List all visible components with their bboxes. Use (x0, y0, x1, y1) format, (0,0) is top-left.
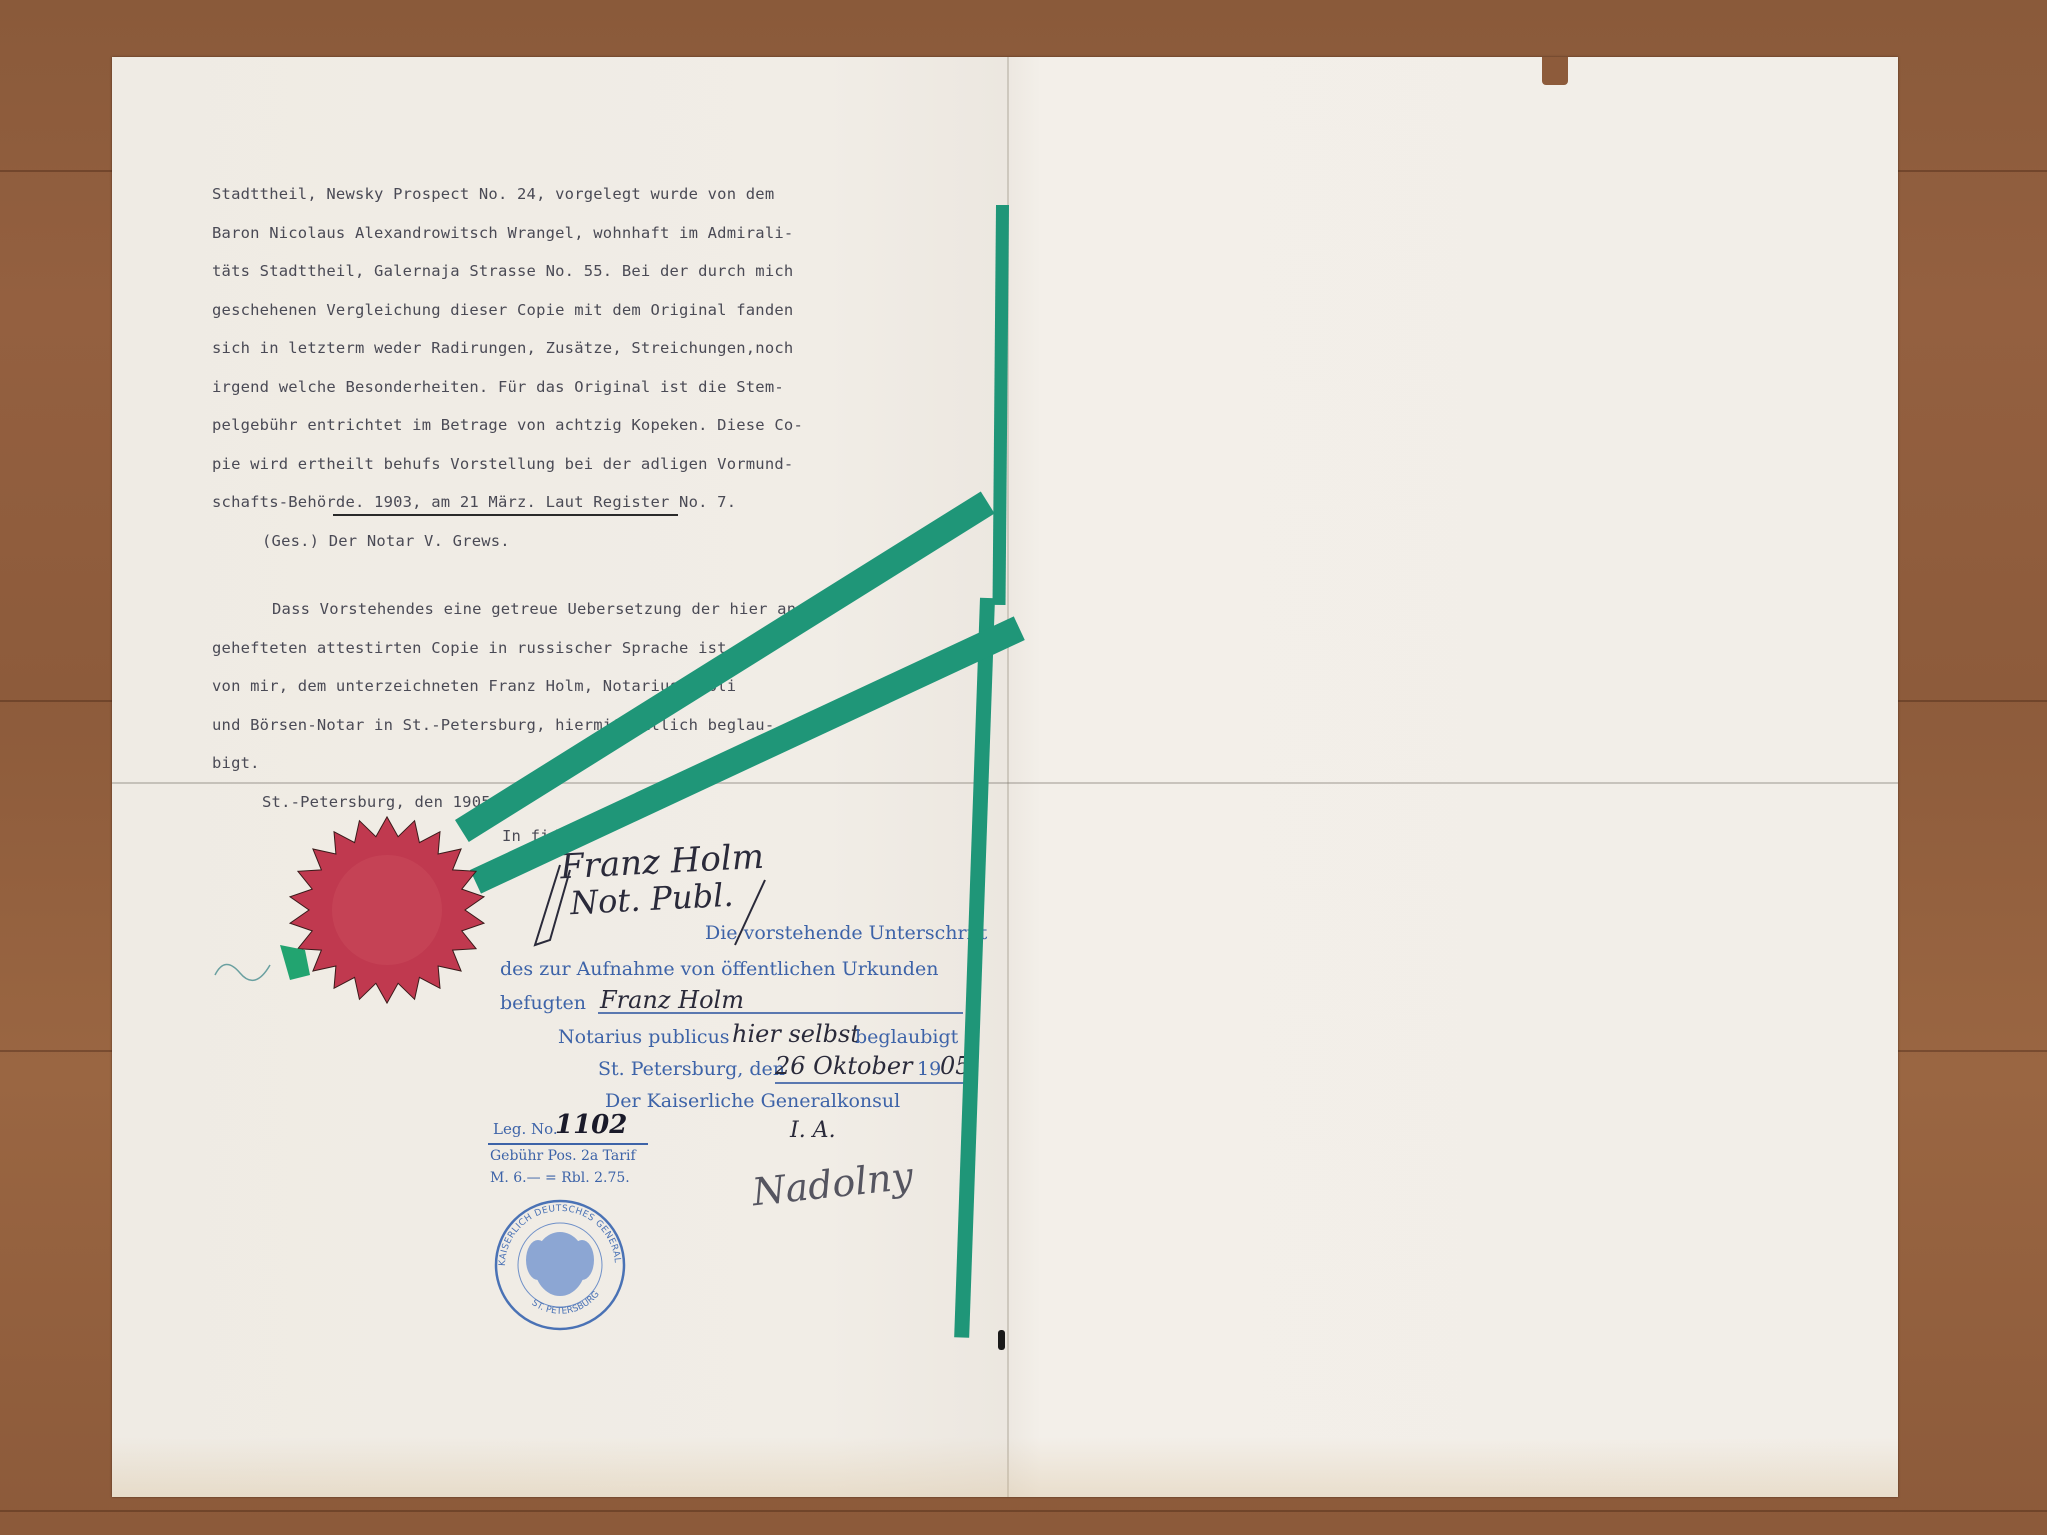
paper-tear (1542, 57, 1568, 85)
water-stain (112, 1437, 1898, 1497)
consul-initials: I. A. (790, 1118, 836, 1143)
typed-line: pie wird ertheilt behufs Vorstellung bei… (212, 445, 992, 484)
typed-line: pelgebühr entrichtet im Betrage von acht… (212, 406, 992, 445)
typed-line: täts Stadttheil, Galernaja Strasse No. 5… (212, 252, 992, 291)
handwritten-notary-name: Franz Holm (600, 986, 744, 1014)
imperial-eagle-icon (526, 1232, 594, 1296)
fee-line-1: Gebühr Pos. 2a Tarif (490, 1148, 636, 1164)
legalization-line-4-label: Notarius publicus (558, 1026, 730, 1048)
leg-number: 1102 (555, 1110, 627, 1140)
leg-no-label: Leg. No. (493, 1120, 558, 1138)
fee-line-2: M. 6.— = Rbl. 2.75. (490, 1170, 630, 1186)
typed-line: Stadttheil, Newsky Prospect No. 24, vorg… (212, 175, 992, 214)
legalization-line-5-label: St. Petersburg, den (598, 1058, 785, 1080)
legalization-line-2: des zur Aufnahme von öffentlichen Urkund… (500, 958, 938, 980)
legalization-line-1: Die vorstehende Unterschrift (705, 922, 987, 944)
typed-line: irgend welche Besonderheiten. Für das Or… (212, 368, 992, 407)
legalization-line-6: Der Kaiserliche Generalkonsul (605, 1090, 900, 1112)
certification-line: Dass Vorstehendes eine getreue Uebersetz… (212, 590, 992, 629)
typed-line: sich in letzterm weder Radirungen, Zusät… (212, 329, 992, 368)
signature-rule (333, 514, 678, 516)
legalization-line-4-end: beglaubigt (855, 1026, 958, 1048)
notary-grews-line: (Ges.) Der Notar V. Grews. (212, 522, 992, 561)
year-prefix: 19 (917, 1058, 941, 1080)
certification-line: gehefteten attestirten Copie in russisch… (212, 629, 992, 668)
handwritten-hier-selbst: hier selbst (732, 1020, 860, 1048)
legalization-line-3-label: befugten (500, 992, 586, 1014)
handwritten-date: 26 Oktober (775, 1052, 913, 1080)
fill-in-rule (775, 1082, 975, 1084)
ribbon-end-knot (998, 1330, 1005, 1350)
typed-line: geschehenen Vergleichung dieser Copie mi… (212, 291, 992, 330)
fill-in-rule (598, 1012, 963, 1014)
consulate-stamp: KAISERLICH DEUTSCHES GENERAL KONSULAT ST… (488, 1198, 633, 1333)
ribbon-frayed-end (210, 935, 320, 995)
typed-line: Baron Nicolaus Alexandrowitsch Wrangel, … (212, 214, 992, 253)
floor-plank-seam (0, 1510, 2047, 1512)
leg-rule (488, 1143, 648, 1145)
